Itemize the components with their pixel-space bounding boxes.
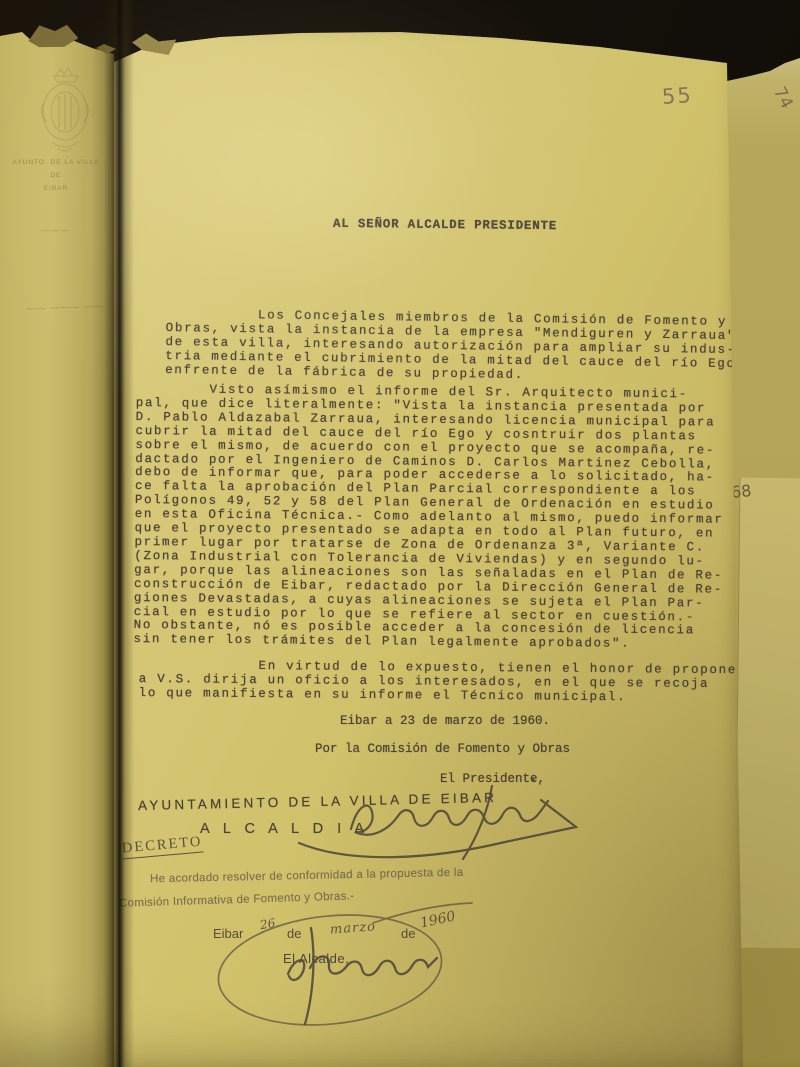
page-number-behind: 74 — [769, 84, 797, 112]
decree-date-place: Eibar — [213, 926, 243, 941]
document-photo: AYUNTO. DE LA VILLA DE EIBAR ——— —— ——— … — [0, 0, 800, 1067]
decree-text-line2: Comisión Informativa de Fomento y Obras.… — [119, 890, 355, 909]
left-page: AYUNTO. DE LA VILLA DE EIBAR ——— —— ——— … — [0, 30, 114, 1067]
handwritten-month: marzo — [330, 919, 377, 937]
alcalde-title: El Alcalde, — [283, 951, 349, 966]
municipality-stamp-line1: AYUNTAMIENTO DE LA VILLA DE EIBAR — [138, 790, 497, 813]
letterhead-rule: ——— — [0, 226, 112, 235]
president-title: El Presidente, — [440, 772, 545, 786]
document-heading: AL SEÑOR ALCALDE PRESIDENTE — [333, 217, 557, 233]
decree-date-de2: de — [401, 926, 415, 941]
book-gutter-shadow — [104, 0, 134, 1067]
letterhead-crest-icon — [34, 64, 96, 160]
date-line: Eibar a 23 de marzo de 1960. — [340, 714, 550, 728]
main-page: 55 AL SEÑOR ALCALDE PRESIDENTE Los Conce… — [114, 28, 746, 1067]
handwritten-day: 26 — [259, 916, 276, 932]
page-number: 55 — [661, 83, 693, 109]
paragraph-3: En virtud de lo expuesto, tienen el hono… — [139, 659, 747, 706]
committee-line: Por la Comisión de Fomento y Obras — [315, 742, 570, 756]
page-tab — [735, 478, 800, 949]
handwritten-year: 1960 — [419, 908, 457, 931]
paragraph-1: Los Concejales miembros de la Comisión d… — [165, 308, 746, 386]
decree-date-de1: de — [287, 926, 301, 941]
letterhead-text: AYUNTO. DE LA VILLA DE EIBAR — [0, 156, 112, 195]
decree-text-line1: He acordado resolver de conformidad a la… — [150, 867, 464, 886]
paragraph-2: Visto asímismo el informe del Sr. Arquit… — [133, 383, 724, 653]
municipality-stamp-line2: A L C A L D I A — [200, 821, 369, 837]
